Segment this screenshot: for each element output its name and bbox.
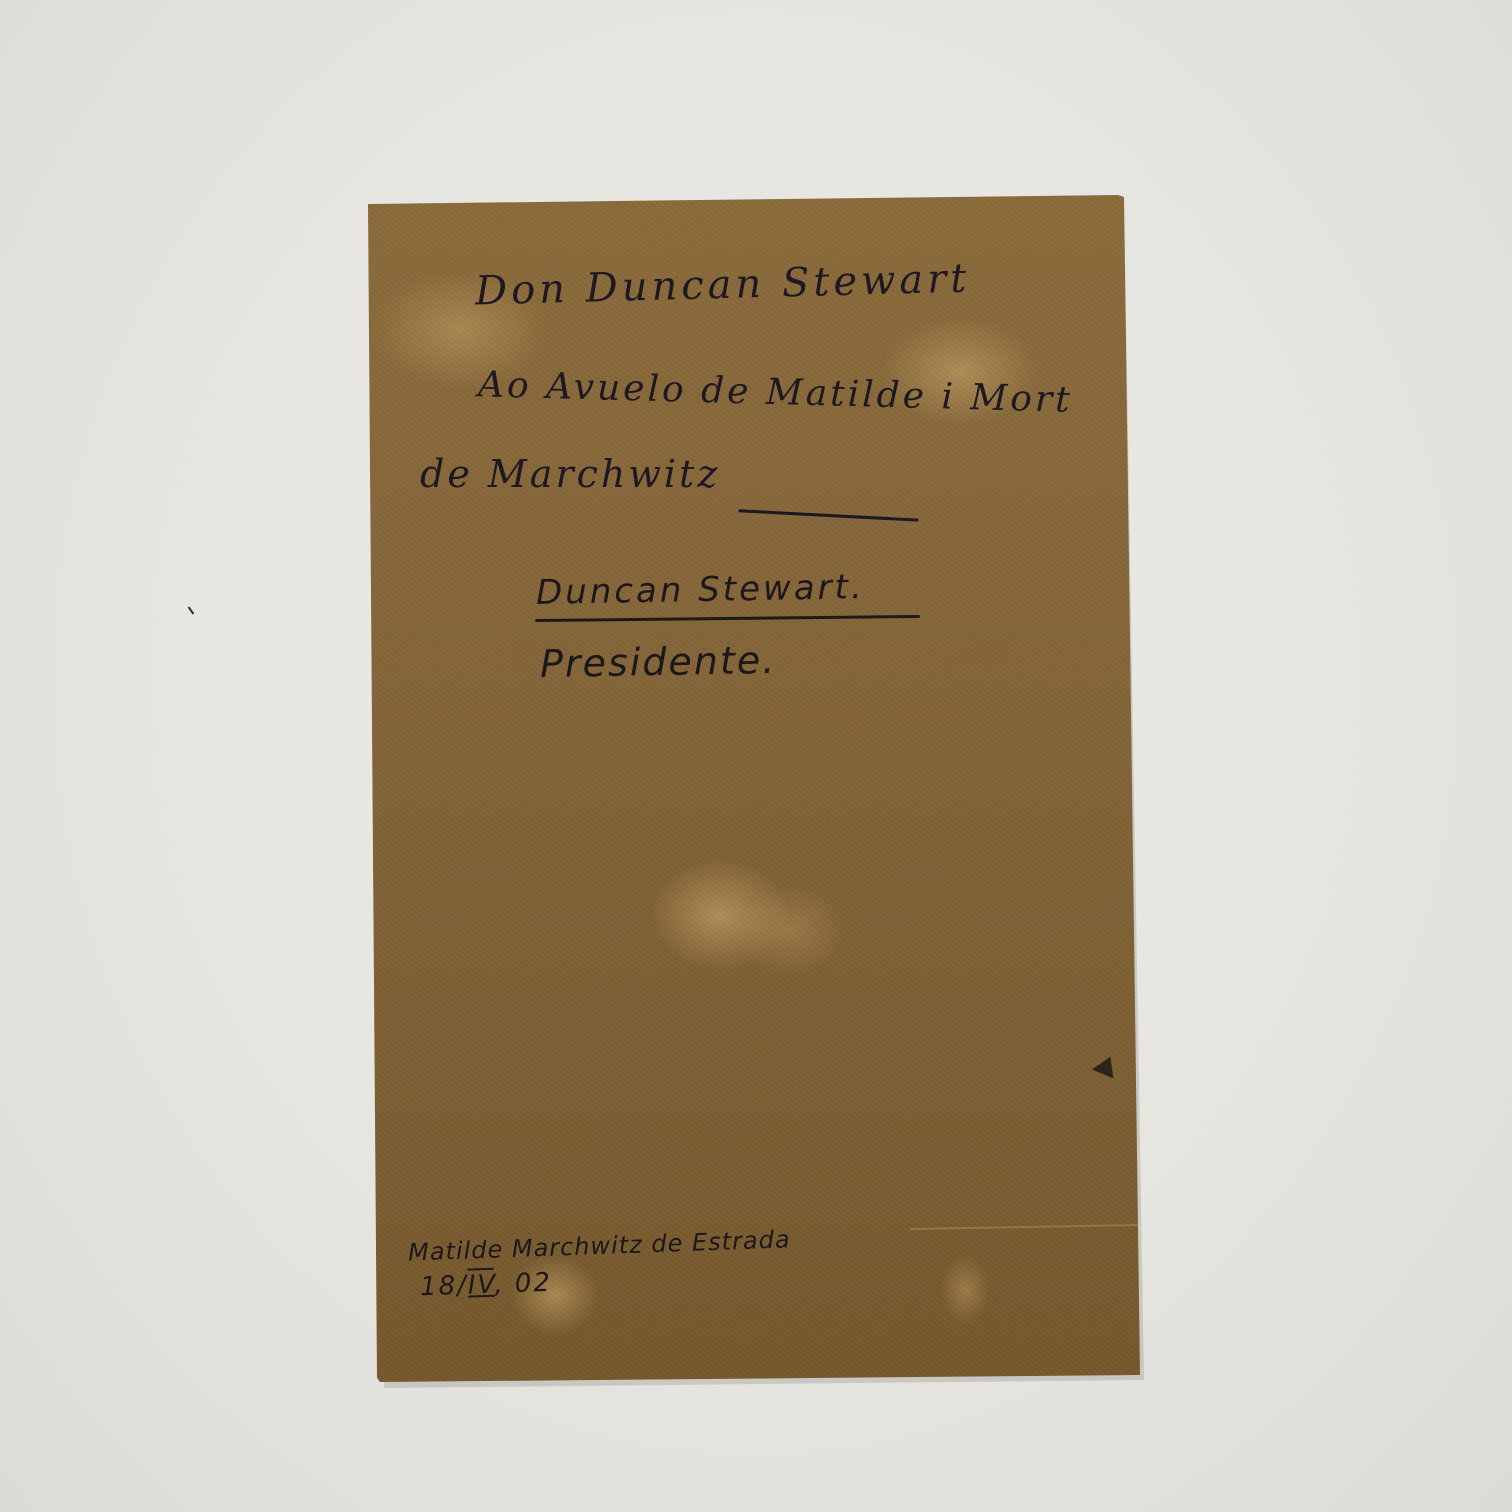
flourish-stroke bbox=[739, 509, 919, 521]
date-month: IV bbox=[467, 1270, 495, 1301]
date-day: 18/ bbox=[420, 1271, 469, 1303]
dedication-line-2: Ao Avuelo de Matilde i Mort bbox=[478, 364, 1074, 421]
date-year: , 02 bbox=[494, 1268, 553, 1300]
dust-speck bbox=[188, 606, 195, 615]
cardboard-card: Don Duncan Stewart Ao Avuelo de Matilde … bbox=[0, 0, 1512, 1512]
signature-name: Duncan Stewart. bbox=[536, 567, 865, 613]
dedication-line-3-text: de Marchwitz bbox=[420, 452, 720, 496]
signature-title: Presidente. bbox=[540, 638, 777, 686]
dedication-line-1: Don Duncan Stewart bbox=[474, 256, 970, 315]
edge-ink-mark bbox=[1091, 1057, 1114, 1082]
dedication-line-3: de Marchwitz bbox=[420, 452, 920, 496]
card-crease bbox=[910, 1224, 1140, 1230]
signature-underline bbox=[535, 615, 920, 622]
footer-date: 18/IV, 02 bbox=[420, 1268, 553, 1303]
footer-author-note: Matilde Marchwitz de Estrada bbox=[408, 1225, 791, 1266]
